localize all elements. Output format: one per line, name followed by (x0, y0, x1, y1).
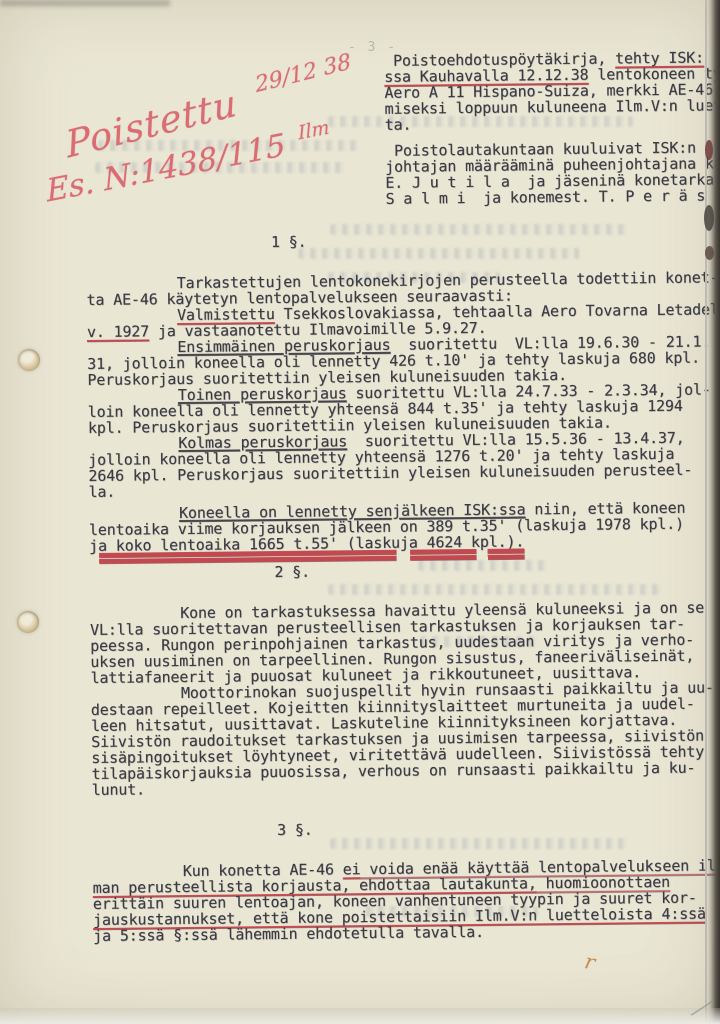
section-3-heading: 3 §. (277, 817, 720, 838)
text-segment: lunut. (92, 780, 145, 799)
text-segment: S a l m i ja konemest. T. P e r ä s a l … (385, 186, 720, 208)
section-2-heading: 2 §. (274, 559, 720, 580)
section-1-heading: 1 §. (271, 229, 718, 250)
page-bottom-edge (0, 1008, 720, 1024)
ink-stain: r (583, 949, 598, 975)
typewritten-text: Poistoehdotuspöytäkirja, tehty ISK:ssa K… (84, 49, 720, 944)
punch-hole-bottom (17, 611, 39, 633)
text-segment: miseksi loppuun kuluneena Ilm.V:n luette… (384, 96, 720, 118)
typed-line: miseksi loppuun kuluneena Ilm.V:n luette… (384, 97, 716, 116)
underlined-text: ja koko lentoaika 1665 t.55' (laskuja 46… (89, 532, 524, 555)
typed-line: S a l m i ja konemest. T. P e r ä s a l … (385, 187, 717, 206)
scanned-document-page: - 3 - Poistoehdotuspöytäkirja, tehty ISK… (0, 0, 720, 1024)
section-1-body: Tarkastettujen lentokonekirjojen peruste… (86, 269, 720, 554)
edge-mark (704, 205, 714, 231)
header-paragraph-1: Poistoehdotuspöytäkirja, tehty ISK:ssa K… (384, 49, 717, 132)
text-segment: ta. (385, 116, 412, 134)
header-paragraph-2: Poistolautakuntaan kuuluivat ISK:njohtaj… (385, 139, 718, 206)
punch-hole-top (18, 349, 40, 371)
edge-mark (705, 140, 713, 160)
protocol-header: Poistoehdotuspöytäkirja, tehty ISK:ssa K… (384, 49, 718, 206)
underlined-text: v. 1927 (87, 322, 149, 341)
section-3-body: Kun konetta AE-46 ei voida enää käyttää … (92, 857, 720, 944)
section-2-body: Kone on tarkastuksessa havaittu yleensä … (90, 599, 720, 798)
text-segment: la. (88, 483, 115, 501)
text-segment: ja 5:ssä §:ssä lähemmin ehdotetulla tava… (93, 923, 484, 945)
top-edge-smudge (0, 0, 170, 6)
edge-mark (705, 246, 714, 260)
